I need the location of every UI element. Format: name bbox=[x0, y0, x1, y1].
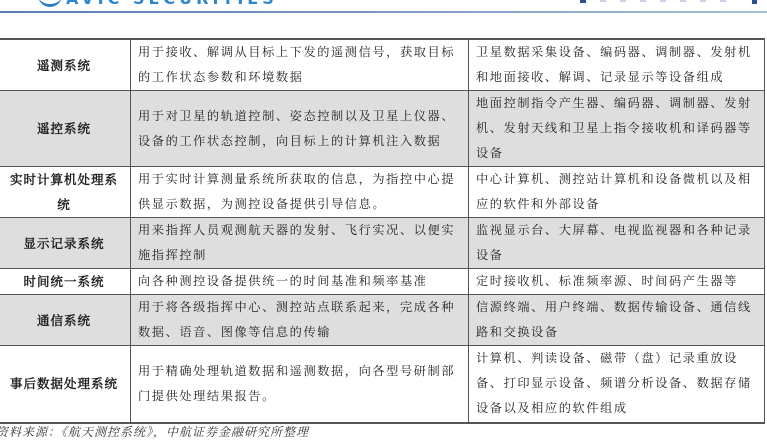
table-row: 遥控系统 用于对卫星的轨道控制、姿态控制以及卫星上仪器、设备的工作状态控制，向目… bbox=[0, 91, 765, 167]
system-name: 遥控系统 bbox=[0, 91, 131, 167]
system-equipment: 计算机、判读设备、磁带（盘）记录重放设备、打印显示设备、频谱分析设备、数据存储设… bbox=[469, 346, 765, 423]
system-name: 通信系统 bbox=[0, 295, 131, 346]
table-row: 通信系统 用于将各级指挥中心、测控站点联系起来，完成各种数据、语音、图像等信息的… bbox=[0, 295, 765, 346]
header-mark-left bbox=[580, 0, 586, 3]
source-note: 资料来源：《航天测控系统》，中航证券金融研究所整理 bbox=[0, 424, 309, 440]
system-function: 向各种测控设备提供统一的时间基准和频率基准 bbox=[131, 269, 469, 295]
header-decoration bbox=[600, 0, 740, 2]
logo-icon bbox=[38, 0, 62, 7]
system-name: 遥测系统 bbox=[0, 39, 131, 91]
table-row: 事后数据处理系统 用于精确处理轨道数据和遥测数据，向各型号研制部门提供处理结果报… bbox=[0, 346, 765, 423]
header-divider bbox=[0, 11, 767, 13]
system-equipment: 定时接收机、标准频率源、时间码产生器等 bbox=[469, 269, 765, 295]
table-row: 实时计算机处理系统 用于实时计算测量系统所获取的信息，为指控中心提供显示数据，为… bbox=[0, 167, 765, 218]
table-row: 遥测系统 用于接收、解调从目标上下发的遥测信号，获取目标的工作状态参数和环境数据… bbox=[0, 39, 765, 91]
system-equipment: 监视显示台、大屏幕、电视监视器和各种记录设备 bbox=[469, 218, 765, 269]
system-equipment: 卫星数据采集设备、编码器、调制器、发射机和地面接收、解调、记录显示等设备组成 bbox=[469, 39, 765, 91]
system-function: 用于精确处理轨道数据和遥测数据，向各型号研制部门提供处理结果报告。 bbox=[131, 346, 469, 423]
header-mark-right bbox=[752, 0, 757, 4]
system-function: 用来指挥人员观测航天器的发射、飞行实况、以便实施指挥控制 bbox=[131, 218, 469, 269]
table-row: 显示记录系统 用来指挥人员观测航天器的发射、飞行实况、以便实施指挥控制 监视显示… bbox=[0, 218, 765, 269]
system-function: 用于对卫星的轨道控制、姿态控制以及卫星上仪器、设备的工作状态控制，向目标上的计算… bbox=[131, 91, 469, 167]
system-name: 显示记录系统 bbox=[0, 218, 131, 269]
system-equipment: 地面控制指令产生器、编码器、调制器、发射机、发射天线和卫星上指令接收机和译码器等… bbox=[469, 91, 765, 167]
system-function: 用于接收、解调从目标上下发的遥测信号，获取目标的工作状态参数和环境数据 bbox=[131, 39, 469, 91]
system-name: 实时计算机处理系统 bbox=[0, 167, 131, 218]
system-name: 事后数据处理系统 bbox=[0, 346, 131, 423]
system-equipment: 中心计算机、测控站计算机和设备微机以及相应的软件和外部设备 bbox=[469, 167, 765, 218]
system-equipment: 信源终端、用户终端、数据传输设备、通信线路和交换设备 bbox=[469, 295, 765, 346]
system-function: 用于将各级指挥中心、测控站点联系起来，完成各种数据、语音、图像等信息的传输 bbox=[131, 295, 469, 346]
logo-text: AVIC SECURITIES bbox=[66, 0, 278, 7]
table-row: 时间统一系统 向各种测控设备提供统一的时间基准和频率基准 定时接收机、标准频率源… bbox=[0, 269, 765, 295]
system-name: 时间统一系统 bbox=[0, 269, 131, 295]
system-function: 用于实时计算测量系统所获取的信息，为指控中心提供显示数据，为测控设备提供引导信息… bbox=[131, 167, 469, 218]
tt-and-c-systems-table: 遥测系统 用于接收、解调从目标上下发的遥测信号，获取目标的工作状态参数和环境数据… bbox=[0, 38, 765, 424]
